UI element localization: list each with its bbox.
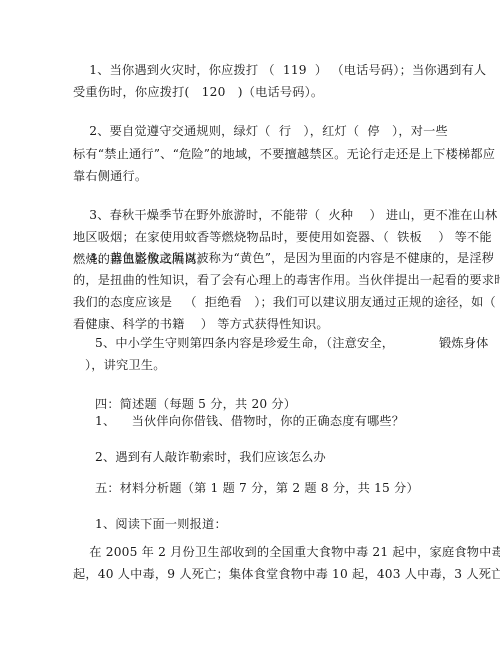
text-line: 1、当你遇到火灾时，你应拨打 （ 119 ） （电话号码）；当你遇到有人: [73, 62, 486, 78]
text-line: 2、遇到有人敲诈勒索时，我们应该怎么办: [95, 449, 326, 465]
text-line: ），讲究卫生。: [85, 357, 166, 373]
document-page: 1、当你遇到火灾时，你应拨打 （ 119 ） （电话号码）；当你遇到有人受重伤时…: [0, 0, 500, 647]
text-line: 3、春秋干燥季节在野外旅游时，不能带（ 火种 ） 进山，更不准在山林: [73, 207, 497, 223]
text-line: 看健康、科学的书籍 ） 等方式获得性知识。: [73, 316, 329, 332]
text-line: 标有“禁止通行”、“危险”的地域，不要擅越禁区。无论行走还是上下楼梯都应: [73, 146, 495, 162]
text-line: 1、阅读下面一则报道：: [95, 516, 227, 532]
text-line: 受重伤时，你应拨打( 120 )（电话号码）。: [73, 84, 323, 100]
text-line: 地区吸烟；在家使用蚊香等燃烧物品时，要使用如瓷器、（ 铁板 ） 等不能: [73, 229, 492, 245]
text-line: 五：材料分析题（第 1 题 7 分，第 2 题 8 分，共 15 分）: [95, 480, 419, 496]
text-line: 5、中小学生守则第四条内容是珍爱生命，（注意安全， 锻炼身体: [95, 335, 489, 351]
text-line: 靠右侧通行。: [73, 168, 147, 184]
text-line: 1、 当伙伴向你借钱、借物时，你的正确态度有哪些？: [95, 413, 404, 429]
text-line: 4、黄色影像之所以被称为“黄色”，是因为里面的内容是不健康的，是淫秽: [73, 250, 494, 266]
text-line: 起，40 人中毒，9 人死亡；集体食堂食物中毒 10 起，403 人中毒，3 人…: [73, 566, 500, 582]
text-line: 我们的态度应该是 （ 拒绝看 ）；我们可以建议朋友通过正规的途径，如（: [73, 294, 496, 310]
text-line: 2、要自觉遵守交通规则，绿灯（ 行 ），红灯（ 停 ），对一些: [73, 123, 448, 139]
text-line: 四：简述题（每题 5 分，共 20 分）: [95, 396, 296, 412]
text-line: 在 2005 年 2 月份卫生部收到的全国重大食物中毒 21 起中，家庭食物中毒…: [73, 544, 500, 560]
text-line: 的，是扭曲的性知识，看了会有心理上的毒害作用。当伙伴提出一起看的要求时，: [73, 272, 500, 288]
